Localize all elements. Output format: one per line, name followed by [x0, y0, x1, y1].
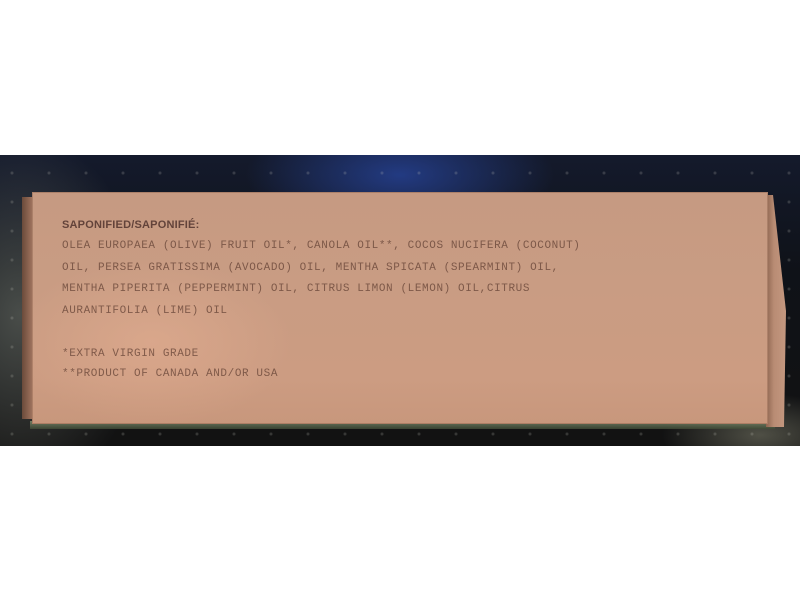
ingredients-label: SAPONIFIED/SAPONIFIÉ: OLEA EUROPAEA (OLI… [62, 219, 762, 384]
ingredients-heading: SAPONIFIED/SAPONIFIÉ: [62, 219, 762, 231]
footnotes: *EXTRA VIRGIN GRADE **PRODUCT OF CANADA … [62, 344, 762, 384]
soap-box: SAPONIFIED/SAPONIFIÉ: OLEA EUROPAEA (OLI… [32, 192, 768, 424]
ingredient-line: MENTHA PIPERITA (PEPPERMINT) OIL, CITRUS… [62, 279, 762, 301]
footnote-extra-virgin: *EXTRA VIRGIN GRADE [62, 344, 762, 364]
ingredient-line: OLEA EUROPAEA (OLIVE) FRUIT OIL*, CANOLA… [62, 236, 762, 258]
ingredient-line: AURANTIFOLIA (LIME) OIL [62, 301, 762, 323]
footnote-origin: **PRODUCT OF CANADA AND/OR USA [62, 364, 762, 384]
ingredient-line: OIL, PERSEA GRATISSIMA (AVOCADO) OIL, ME… [62, 258, 762, 280]
product-photo: SAPONIFIED/SAPONIFIÉ: OLEA EUROPAEA (OLI… [0, 155, 800, 446]
